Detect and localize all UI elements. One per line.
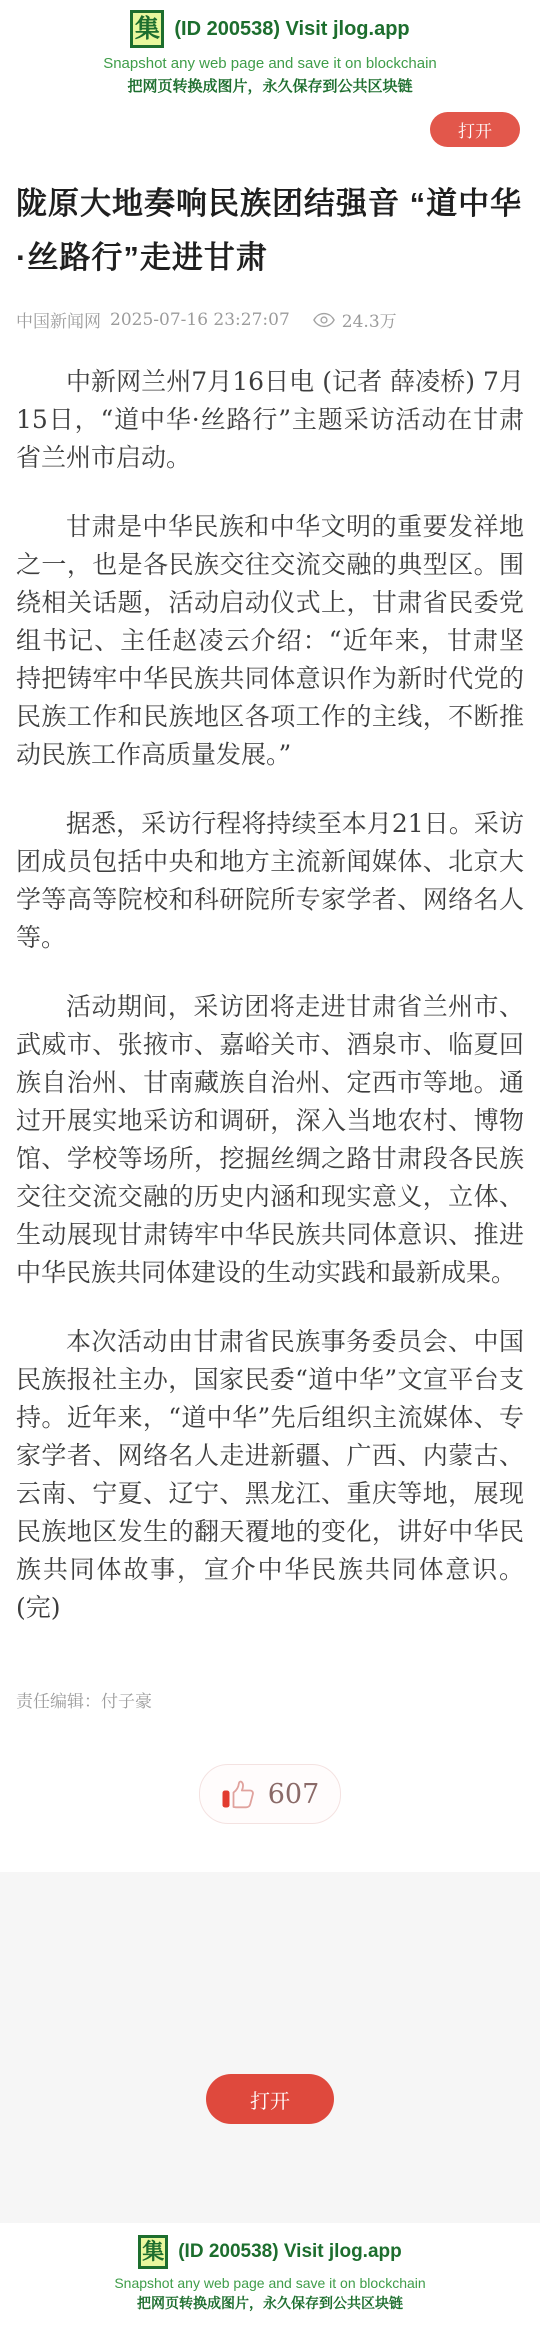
eye-icon bbox=[313, 312, 335, 328]
jlog-logo-icon: 集 bbox=[130, 10, 164, 48]
jlog-logo-row: 集 (ID 200538) Visit jlog.app bbox=[0, 2235, 540, 2269]
banner-tagline-en: Snapshot any web page and save it on blo… bbox=[0, 55, 540, 72]
article-datetime: 2025-07-16 23:27:07 bbox=[110, 310, 290, 330]
article-paragraph: 中新网兰州7月16日电 (记者 薛凌桥) 7月15日，“道中华·丝路行”主题采访… bbox=[16, 363, 524, 477]
app-promo-section: 打开 bbox=[0, 1872, 540, 2223]
banner-tagline-en: Snapshot any web page and save it on blo… bbox=[0, 2275, 540, 2291]
article-paragraph: 本次活动由甘肃省民族事务委员会、中国民族报社主办，国家民委“道中华”文宣平台支持… bbox=[16, 1323, 524, 1627]
article-paragraph: 据悉，采访行程将持续至本月21日。采访团成员包括中央和地方主流新闻媒体、北京大学… bbox=[16, 805, 524, 957]
page: 集 (ID 200538) Visit jlog.app Snapshot an… bbox=[0, 0, 540, 2319]
open-button-row-top: 打开 bbox=[0, 96, 540, 159]
like-row: 607 bbox=[16, 1764, 524, 1872]
article: 陇原大地奏响民族团结强音 “道中华·丝路行”走进甘肃 中国新闻网 2025-07… bbox=[0, 177, 540, 1872]
like-count: 607 bbox=[268, 1779, 320, 1810]
views-block: 24.3万 bbox=[313, 307, 397, 332]
article-source: 中国新闻网 bbox=[16, 307, 101, 332]
jlog-banner-bottom: 集 (ID 200538) Visit jlog.app Snapshot an… bbox=[0, 2223, 540, 2319]
banner-tagline-zh: 把网页转换成图片，永久保存到公共区块链 bbox=[0, 2293, 540, 2313]
jlog-logo-row: 集 (ID 200538) Visit jlog.app bbox=[0, 10, 540, 48]
like-button[interactable]: 607 bbox=[199, 1764, 341, 1824]
article-title: 陇原大地奏响民族团结强音 “道中华·丝路行”走进甘肃 bbox=[16, 177, 524, 285]
jlog-id-link[interactable]: (ID 200538) Visit jlog.app bbox=[178, 2241, 402, 2263]
jlog-id-link[interactable]: (ID 200538) Visit jlog.app bbox=[174, 18, 409, 41]
article-paragraph: 甘肃是中华民族和中华文明的重要发祥地之一，也是各民族交往交流交融的典型区。围绕相… bbox=[16, 508, 524, 774]
thumbs-up-icon bbox=[221, 1779, 257, 1809]
views-count: 24.3万 bbox=[342, 307, 397, 332]
editor-line: 责任编辑：付子豪 bbox=[16, 1687, 524, 1712]
open-app-button-bottom[interactable]: 打开 bbox=[206, 2074, 334, 2124]
banner-tagline-zh: 把网页转换成图片，永久保存到公共区块链 bbox=[0, 75, 540, 96]
jlog-banner-top: 集 (ID 200538) Visit jlog.app Snapshot an… bbox=[0, 0, 540, 159]
article-paragraph: 活动期间，采访团将走进甘肃省兰州市、武威市、张掖市、嘉峪关市、酒泉市、临夏回族自… bbox=[16, 988, 524, 1292]
article-meta: 中国新闻网 2025-07-16 23:27:07 24.3万 bbox=[16, 307, 524, 332]
open-app-button-top[interactable]: 打开 bbox=[430, 112, 520, 147]
jlog-logo-icon: 集 bbox=[138, 2235, 168, 2269]
